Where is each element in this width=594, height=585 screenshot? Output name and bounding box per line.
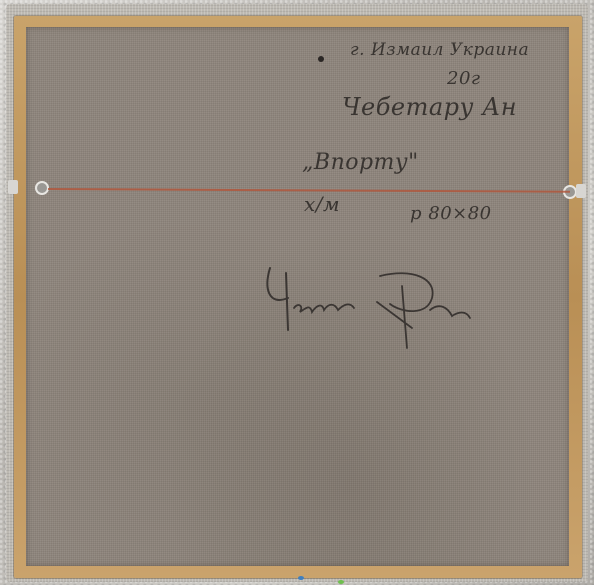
green-paint-spot bbox=[338, 580, 344, 584]
left-hanging-ring-icon bbox=[35, 181, 49, 195]
inscription-year: 20г bbox=[447, 68, 481, 89]
inscription-location: г. Измаил Украина bbox=[350, 40, 529, 60]
artist-signature bbox=[262, 258, 477, 358]
right-hook-plate bbox=[576, 184, 586, 198]
inscription-author: Чебетару Ан bbox=[342, 93, 517, 121]
ink-mark bbox=[318, 56, 324, 62]
inscription-title: „Впорту" bbox=[302, 150, 419, 175]
inscription-size: р 80×80 bbox=[410, 203, 492, 224]
photo-scene: г. Измаил Украина 20г Чебетару Ан „Впорт… bbox=[0, 0, 594, 585]
blue-paint-spot bbox=[298, 576, 304, 580]
left-hook-plate bbox=[8, 180, 18, 194]
inscription-medium: х/м bbox=[304, 192, 340, 216]
